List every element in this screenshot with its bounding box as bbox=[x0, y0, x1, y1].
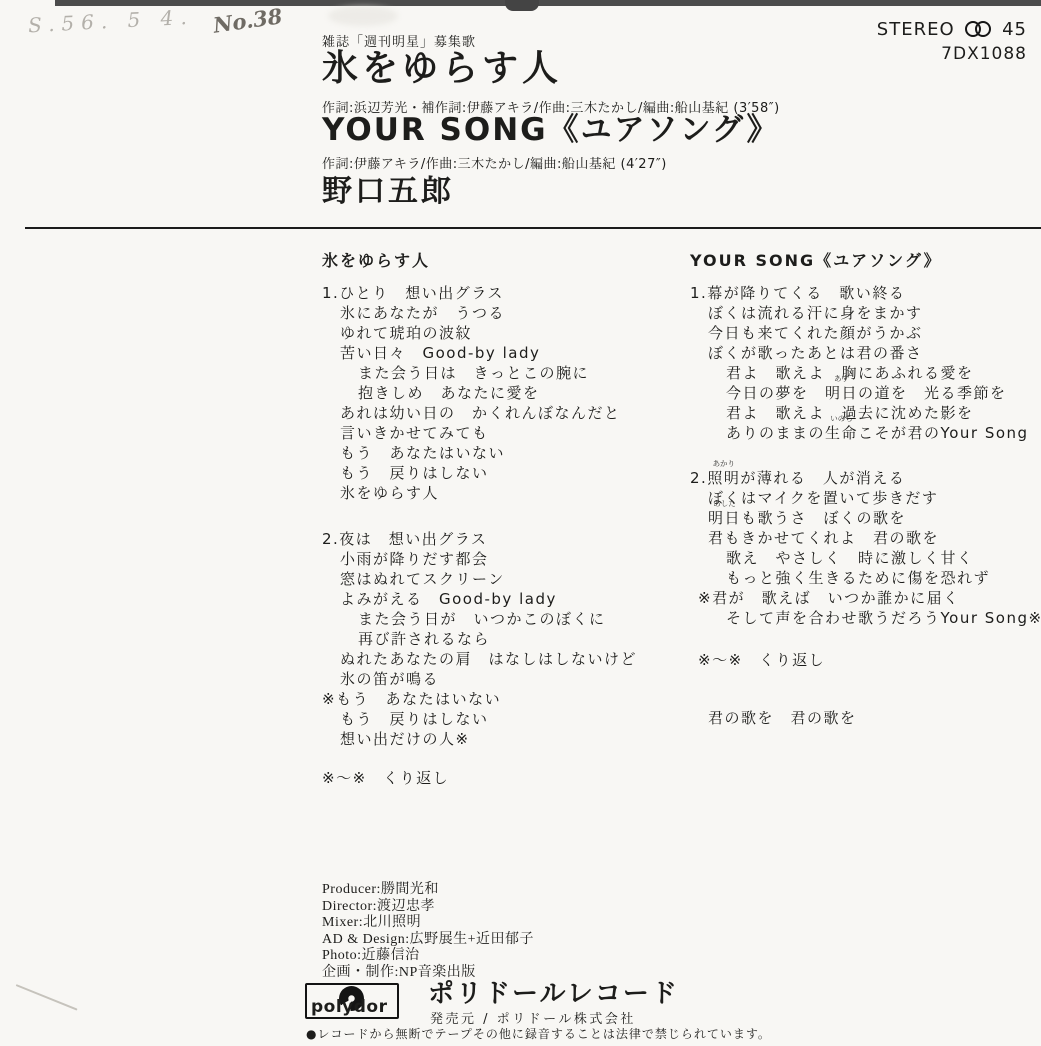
verse-2: 2.夜は 想い出グラス 小雨が降りだす都会 窓はぬれてスクリーン よみがえる G… bbox=[322, 529, 672, 749]
stereo-label: STEREO bbox=[877, 19, 955, 40]
lyric-line: 今日の夢を 明日あすの道を 光る季節を bbox=[690, 383, 1041, 403]
credit-line: Photo:近藤信治 bbox=[322, 948, 534, 965]
catalog-number: 7DX1088 bbox=[877, 45, 1027, 64]
lyric-line: よみがえる Good-by lady bbox=[322, 589, 672, 609]
lyric-line: ぼくは流れる汗に身をまかす bbox=[690, 303, 1041, 323]
lyric-line: もう 戻りはしない bbox=[322, 463, 672, 483]
lyrics-column-left: 氷をゆらす人 1.ひとり 想い出グラス 氷にあなたが うつる ゆれて琥珀の波紋 … bbox=[322, 250, 672, 788]
handwritten-number: No.38 bbox=[211, 3, 283, 37]
artist-name: 野口五郎 bbox=[322, 177, 454, 207]
verse-2: 2.照明あかりが薄れる 人が消える ぼくはマイクを置いて歩きだす 明日あしたも歌… bbox=[690, 468, 1041, 628]
lyric-line: あれは幼い日の かくれんぼなんだと bbox=[322, 403, 672, 423]
lyric-line: 1.ひとり 想い出グラス bbox=[322, 283, 672, 303]
lyric-line: 2.照明あかりが薄れる 人が消える bbox=[690, 468, 1041, 488]
lyrics-title-left: 氷をゆらす人 bbox=[322, 250, 672, 272]
lyric-line: ありのままの生命いのちこそが君のYour Song bbox=[690, 423, 1041, 443]
lyric-line: 窓はぬれてスクリーン bbox=[322, 569, 672, 589]
speed-label: 45 bbox=[1002, 19, 1027, 40]
scan-edge bbox=[55, 0, 1041, 6]
lyric-line: 2.夜は 想い出グラス bbox=[322, 529, 672, 549]
legal-note: ●レコードから無断でテープその他に録音することは法律で禁じられています。 bbox=[306, 1025, 771, 1042]
staff-credits: Producer:勝間光和 Director:渡辺忠孝 Mixer:北川照明 A… bbox=[322, 882, 534, 982]
lyric-line: 言いきかせてみても bbox=[322, 423, 672, 443]
scan-edge-bump bbox=[505, 0, 539, 11]
lyric-line: 氷の笛が鳴る bbox=[322, 669, 672, 689]
stereo-catalog-block: STEREO 45 7DX1088 bbox=[877, 20, 1027, 63]
record-sleeve-back: S.56. 5 4. No.38 STEREO 45 7DX1088 雑誌「週刊… bbox=[0, 0, 1041, 1046]
lyric-line: ※君が 歌えば いつか誰かに届く bbox=[690, 588, 1041, 608]
lyric-line: また会う日が いつかこのぼくに bbox=[322, 609, 672, 629]
lyric-line: 苦い日々 Good-by lady bbox=[322, 343, 672, 363]
verse-1: 1.ひとり 想い出グラス 氷にあなたが うつる ゆれて琥珀の波紋 苦い日々 Go… bbox=[322, 283, 672, 503]
lyric-line: ※もう あなたはいない bbox=[322, 689, 672, 709]
divider-rule bbox=[25, 227, 1041, 229]
record-label-name: ポリドールレコード bbox=[428, 981, 679, 1007]
lyric-line: 歌え やさしく 時に激しく甘く bbox=[690, 548, 1041, 568]
lyrics-column-right: YOUR SONG《ユアソング》 1.幕が降りてくる 歌い終る ぼくは流れる汗に… bbox=[690, 250, 1041, 728]
lyric-line: 抱きしめ あなたに愛を bbox=[322, 383, 672, 403]
pencil-scratch bbox=[16, 984, 78, 1011]
lyric-line: そして声を合わせ歌うだろうYour Song※ bbox=[690, 608, 1041, 628]
refrain-note: ※〜※ くり返し bbox=[690, 650, 1041, 670]
lyric-line: 君よ 歌えよ 胸にあふれる愛を bbox=[690, 363, 1041, 383]
lyric-line: ぼくが歌ったあとは君の番さ bbox=[690, 343, 1041, 363]
handwritten-date: S.56. 5 4. bbox=[27, 5, 194, 38]
credit-line: Producer:勝間光和 bbox=[322, 882, 534, 899]
lyric-line: ぼくはマイクを置いて歩きだす bbox=[690, 488, 1041, 508]
lyrics-title-right: YOUR SONG《ユアソング》 bbox=[690, 250, 1041, 272]
song1-title: 氷をゆらす人 bbox=[322, 51, 562, 87]
lyric-line: 君もきかせてくれよ 君の歌を bbox=[690, 528, 1041, 548]
lyric-line: ぬれたあなたの肩 はなしはしないけど bbox=[322, 649, 672, 669]
lyric-line: もっと強く生きるために傷を恐れず bbox=[690, 568, 1041, 588]
lyric-line: 想い出だけの人※ bbox=[322, 729, 672, 749]
lyric-line: 小雨が降りだす都会 bbox=[322, 549, 672, 569]
lyric-line: 今日も来てくれた顔がうかぶ bbox=[690, 323, 1041, 343]
credit-line: AD & Design:広野展生+近田郁子 bbox=[322, 932, 534, 949]
polydor-logo-text: polydor bbox=[311, 999, 388, 1016]
lyric-line: 君よ 歌えよ 過去に沈めた影を bbox=[690, 403, 1041, 423]
lyric-line: 再び許されるなら bbox=[322, 629, 672, 649]
song2-credits: 作詞:伊藤アキラ/作曲:三木たかし/編曲:船山基紀 (4′27″) bbox=[322, 153, 667, 172]
lyric-line: また会う日は きっとこの腕に bbox=[322, 363, 672, 383]
lyric-line: 明日あしたも歌うさ ぼくの歌を bbox=[690, 508, 1041, 528]
ring-icon bbox=[975, 21, 991, 37]
song2-title: YOUR SONG《ユアソング》 bbox=[322, 113, 780, 147]
credit-line: Director:渡辺忠孝 bbox=[322, 899, 534, 916]
credit-line: Mixer:北川照明 bbox=[322, 915, 534, 932]
polydor-logo: polydor bbox=[305, 983, 399, 1019]
stereo-line: STEREO 45 bbox=[877, 20, 1027, 42]
lyric-line: もう 戻りはしない bbox=[322, 709, 672, 729]
stereo-rings-icon bbox=[965, 21, 991, 42]
verse-1: 1.幕が降りてくる 歌い終る ぼくは流れる汗に身をまかす 今日も来てくれた顔がう… bbox=[690, 283, 1041, 443]
lyric-line: 氷をゆらす人 bbox=[322, 483, 672, 503]
coda-line: 君の歌を 君の歌を bbox=[690, 708, 1041, 728]
lyric-line: もう あなたはいない bbox=[322, 443, 672, 463]
lyric-line: 1.幕が降りてくる 歌い終る bbox=[690, 283, 1041, 303]
eraser-smudge bbox=[328, 6, 398, 26]
refrain-note: ※〜※ くり返し bbox=[322, 768, 672, 788]
lyric-line: ゆれて琥珀の波紋 bbox=[322, 323, 672, 343]
handwritten-note: S.56. 5 4. No.38 bbox=[28, 8, 282, 33]
lyric-line: 氷にあなたが うつる bbox=[322, 303, 672, 323]
